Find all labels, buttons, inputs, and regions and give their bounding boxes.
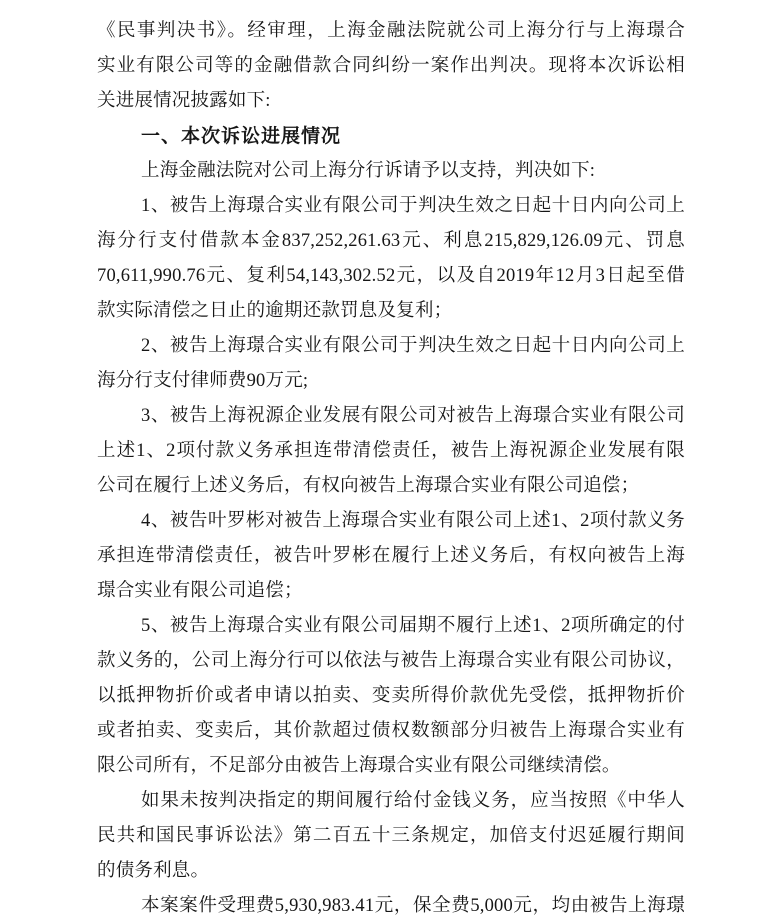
text-line: 上海金融法院对公司上海分行诉请予以支持，判决如下:: [97, 154, 685, 189]
text-line: 或者拍卖、变卖后，其价款超过债权数额部分归被告上海璟合实业有: [97, 714, 685, 749]
text-line: 海分行支付借款本金837,252,261.63元、利息215,829,126.0…: [97, 224, 685, 259]
text-line: 实业有限公司等的金融借款合同纠纷一案作出判决。现将本次诉讼相: [97, 49, 685, 84]
paragraph-judgment-item-3: 3、被告上海祝源企业发展有限公司对被告上海璟合实业有限公司上述1、2项付款义务承…: [97, 399, 780, 504]
text-line: 民共和国民事诉讼法》第二百五十三条规定，加倍支付迟延履行期间: [97, 819, 685, 854]
text-line: 以抵押物折价或者申请以拍卖、变卖所得价款优先受偿，抵押物折价: [97, 679, 685, 714]
text-line: 璟合实业有限公司追偿；: [97, 574, 685, 609]
text-line: 海分行支付律师费90万元;: [97, 364, 685, 399]
text-line: 70,611,990.76元、复利54,143,302.52元，以及自2019年…: [97, 259, 685, 294]
text-line: 公司在履行上述义务后，有权向被告上海璟合实业有限公司追偿；: [97, 469, 685, 504]
paragraph-judgment-item-2: 2、被告上海璟合实业有限公司于判决生效之日起十日内向公司上海分行支付律师费90万…: [97, 329, 780, 399]
text-line: 如果未按判决指定的期间履行给付金钱义务，应当按照《中华人: [97, 784, 685, 819]
section-heading-litigation-progress: 一、本次诉讼进展情况: [97, 119, 780, 154]
text-line: 1、被告上海璟合实业有限公司于判决生效之日起十日内向公司上: [97, 189, 685, 224]
paragraph-court-support: 上海金融法院对公司上海分行诉请予以支持，判决如下:: [97, 154, 780, 189]
paragraph-case-fees: 本案案件受理费5,930,983.41元，保全费5,000元，均由被告上海璟: [97, 889, 780, 920]
paragraph-judgment-item-4: 4、被告叶罗彬对被告上海璟合实业有限公司上述1、2项付款义务承担连带清偿责任，被…: [97, 504, 780, 609]
text-line: 上述1、2项付款义务承担连带清偿责任，被告上海祝源企业发展有限: [97, 434, 685, 469]
text-line: 2、被告上海璟合实业有限公司于判决生效之日起十日内向公司上: [97, 329, 685, 364]
text-line: 《民事判决书》。经审理，上海金融法院就公司上海分行与上海璟合: [97, 14, 685, 49]
text-line: 款实际清偿之日止的逾期还款罚息及复利；: [97, 294, 685, 329]
text-line: 承担连带清偿责任，被告叶罗彬在履行上述义务后，有权向被告上海: [97, 539, 685, 574]
paragraph-intro-continuation: 《民事判决书》。经审理，上海金融法院就公司上海分行与上海璟合实业有限公司等的金融…: [97, 14, 780, 119]
text-line: 的债务利息。: [97, 854, 685, 889]
text-line: 本案案件受理费5,930,983.41元，保全费5,000元，均由被告上海璟: [97, 889, 685, 920]
text-line: 3、被告上海祝源企业发展有限公司对被告上海璟合实业有限公司: [97, 399, 685, 434]
paragraph-delayed-performance-interest: 如果未按判决指定的期间履行给付金钱义务，应当按照《中华人民共和国民事诉讼法》第二…: [97, 784, 780, 889]
paragraph-judgment-item-5: 5、被告上海璟合实业有限公司届期不履行上述1、2项所确定的付款义务的，公司上海分…: [97, 609, 780, 784]
text-line: 5、被告上海璟合实业有限公司届期不履行上述1、2项所确定的付: [97, 609, 685, 644]
text-line: 关进展情况披露如下:: [97, 84, 685, 119]
text-line: 款义务的，公司上海分行可以依法与被告上海璟合实业有限公司协议，: [97, 644, 685, 679]
text-line: 一、本次诉讼进展情况: [97, 119, 685, 154]
text-line: 4、被告叶罗彬对被告上海璟合实业有限公司上述1、2项付款义务: [97, 504, 685, 539]
paragraph-judgment-item-1: 1、被告上海璟合实业有限公司于判决生效之日起十日内向公司上海分行支付借款本金83…: [97, 189, 780, 329]
text-line: 限公司所有，不足部分由被告上海璟合实业有限公司继续清偿。: [97, 749, 685, 784]
document-page: 《民事判决书》。经审理，上海金融法院就公司上海分行与上海璟合实业有限公司等的金融…: [0, 0, 780, 920]
